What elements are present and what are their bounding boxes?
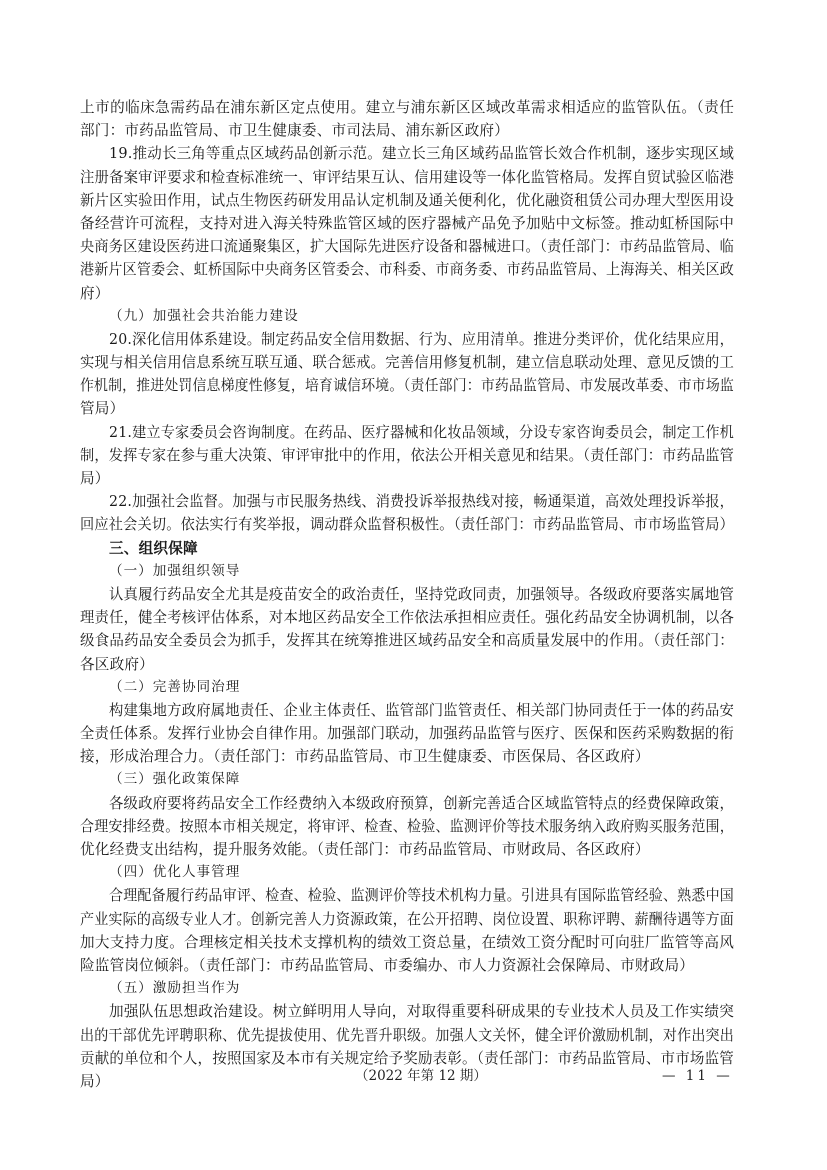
text-line: 府） <box>80 282 734 305</box>
text-line: 制，发挥专家在参与重大决策、审评审批中的作用，依法公开相关意见和结果。（责任部门… <box>80 444 734 467</box>
text-line: 构建集地方政府属地责任、企业主体责任、监管部门监管责任、相关部门协同责任于一体的… <box>80 699 734 722</box>
footer-page-number: — 11 — <box>662 1066 733 1086</box>
paragraph: 认真履行药品安全尤其是疫苗安全的政治责任，坚持党政同责，加强领导。各级政府要落实… <box>80 583 734 676</box>
section-heading: 三、组织保障 <box>80 537 734 560</box>
text-line: 优化经费支出结构，提升服务效能。（责任部门：市药品监管局、市财政局、各区政府） <box>80 838 734 861</box>
paragraph: 合理配备履行药品审评、检查、检验、监测评价等技术机构力量。引进具有国际监管经验、… <box>80 884 734 977</box>
text-line: 上市的临床急需药品在浦东新区定点使用。建立与浦东新区区域改革需求相适应的监管队伍… <box>80 96 734 119</box>
text-line: 19.推动长三角等重点区域药品创新示范。建立长三角区域药品监管长效合作机制，逐步… <box>80 142 734 165</box>
section-subheading: （一）加强组织领导 <box>80 560 734 583</box>
paragraph: 各级政府要将药品安全工作经费纳入本级政府预算，创新完善适合区域监管特点的经费保障… <box>80 792 734 862</box>
text-line: 回应社会关切。依法实行有奖举报，调动群众监督积极性。（责任部门：市药品监管局、市… <box>80 513 734 536</box>
section-subheading: （五）激励担当作为 <box>80 977 734 1000</box>
text-line: 部门：市药品监管局、市卫生健康委、市司法局、浦东新区政府） <box>80 119 734 142</box>
text-line: 各区政府） <box>80 653 734 676</box>
text-line: 20.深化信用体系建设。制定药品安全信用数据、行为、应用清单。推进分类评价，优化… <box>80 328 734 351</box>
text-line: 级食品药品安全委员会为抓手，发挥其在统筹推进区域药品安全和高质量发展中的作用。（… <box>80 629 734 652</box>
document-body: 上市的临床急需药品在浦东新区定点使用。建立与浦东新区区域改革需求相适应的监管队伍… <box>80 96 734 1093</box>
document-page: 上市的临床急需药品在浦东新区定点使用。建立与浦东新区区域改革需求相适应的监管队伍… <box>0 0 827 1170</box>
text-line: 认真履行药品安全尤其是疫苗安全的政治责任，坚持党政同责，加强领导。各级政府要落实… <box>80 583 734 606</box>
text-line: 产业实际的高级专业人才。创新完善人力资源政策，在公开招聘、岗位设置、职称评聘、薪… <box>80 908 734 931</box>
paragraph: 19.推动长三角等重点区域药品创新示范。建立长三角区域药品监管长效合作机制，逐步… <box>80 142 734 304</box>
text-line: 管局） <box>80 397 734 420</box>
section-subheading: （三）强化政策保障 <box>80 768 734 791</box>
footer-issue-label: （2022 年第 12 期） <box>355 1066 487 1086</box>
text-line: 接，形成治理合力。（责任部门：市药品监管局、市卫生健康委、市医保局、各区政府） <box>80 745 734 768</box>
text-line: 作机制，推进处罚信息梯度性修复，培育诚信环境。（责任部门：市药品监管局、市发展改… <box>80 374 734 397</box>
text-line: 新片区实验田作用，试点生物医药研发用品认定机制及通关便利化，优化融资租赁公司办理… <box>80 189 734 212</box>
text-line: 加强队伍思想政治建设。树立鲜明用人导向，对取得重要科研成果的专业技术人员及工作实… <box>80 1000 734 1023</box>
section-subheading: （四）优化人事管理 <box>80 861 734 884</box>
text-line: 21.建立专家委员会咨询制度。在药品、医疗器械和化妆品领域，分设专家咨询委员会，… <box>80 421 734 444</box>
text-line: 港新片区管委会、虹桥国际中央商务区管委会、市科委、市商务委、市药品监管局、上海海… <box>80 258 734 281</box>
text-line: 注册备案审评要求和检查标准统一、审评结果互认、信用建设等一体化监管格局。发挥自贸… <box>80 166 734 189</box>
text-line: 险监管岗位倾斜。（责任部门：市药品监管局、市委编办、市人力资源社会保障局、市财政… <box>80 954 734 977</box>
text-line: 合理安排经费。按照本市相关规定，将审评、检查、检验、监测评价等技术服务纳入政府购… <box>80 815 734 838</box>
text-line: 全责任体系。发挥行业协会自律作用。加强部门联动，加强药品监管与医疗、医保和医药采… <box>80 722 734 745</box>
text-line: 实现与相关信用信息系统互联互通、联合惩戒。完善信用修复机制，建立信息联动处理、意… <box>80 351 734 374</box>
section-subheading: （二）完善协同治理 <box>80 676 734 699</box>
section-subheading: （九）加强社会共治能力建设 <box>80 305 734 328</box>
text-line: 出的干部优先评聘职称、优先提拔使用、优先晋升职级。加强人文关怀，健全评价激励机制… <box>80 1024 734 1047</box>
paragraph: 22.加强社会监督。加强与市民服务热线、消费投诉举报热线对接，畅通渠道，高效处理… <box>80 490 734 536</box>
text-line: 局） <box>80 467 734 490</box>
text-line: 合理配备履行药品审评、检查、检验、监测评价等技术机构力量。引进具有国际监管经验、… <box>80 884 734 907</box>
text-line: 央商务区建设医药进口流通聚集区，扩大国际先进医疗设备和器械进口。（责任部门：市药… <box>80 235 734 258</box>
text-line: 各级政府要将药品安全工作经费纳入本级政府预算，创新完善适合区域监管特点的经费保障… <box>80 792 734 815</box>
paragraph: 21.建立专家委员会咨询制度。在药品、医疗器械和化妆品领域，分设专家咨询委员会，… <box>80 421 734 491</box>
text-line: 理责任，健全考核评估体系，对本地区药品安全工作依法承担相应责任。强化药品安全协调… <box>80 606 734 629</box>
text-line: 备经营许可流程，支持对进入海关特殊监管区域的医疗器械产品免予加贴中文标签。推动虹… <box>80 212 734 235</box>
paragraph: 上市的临床急需药品在浦东新区定点使用。建立与浦东新区区域改革需求相适应的监管队伍… <box>80 96 734 142</box>
text-line: 加大支持力度。合理核定相关技术支撑机构的绩效工资总量，在绩效工资分配时可向驻厂监… <box>80 931 734 954</box>
paragraph: 20.深化信用体系建设。制定药品安全信用数据、行为、应用清单。推进分类评价，优化… <box>80 328 734 421</box>
text-line: 22.加强社会监督。加强与市民服务热线、消费投诉举报热线对接，畅通渠道，高效处理… <box>80 490 734 513</box>
paragraph: 构建集地方政府属地责任、企业主体责任、监管部门监管责任、相关部门协同责任于一体的… <box>80 699 734 769</box>
